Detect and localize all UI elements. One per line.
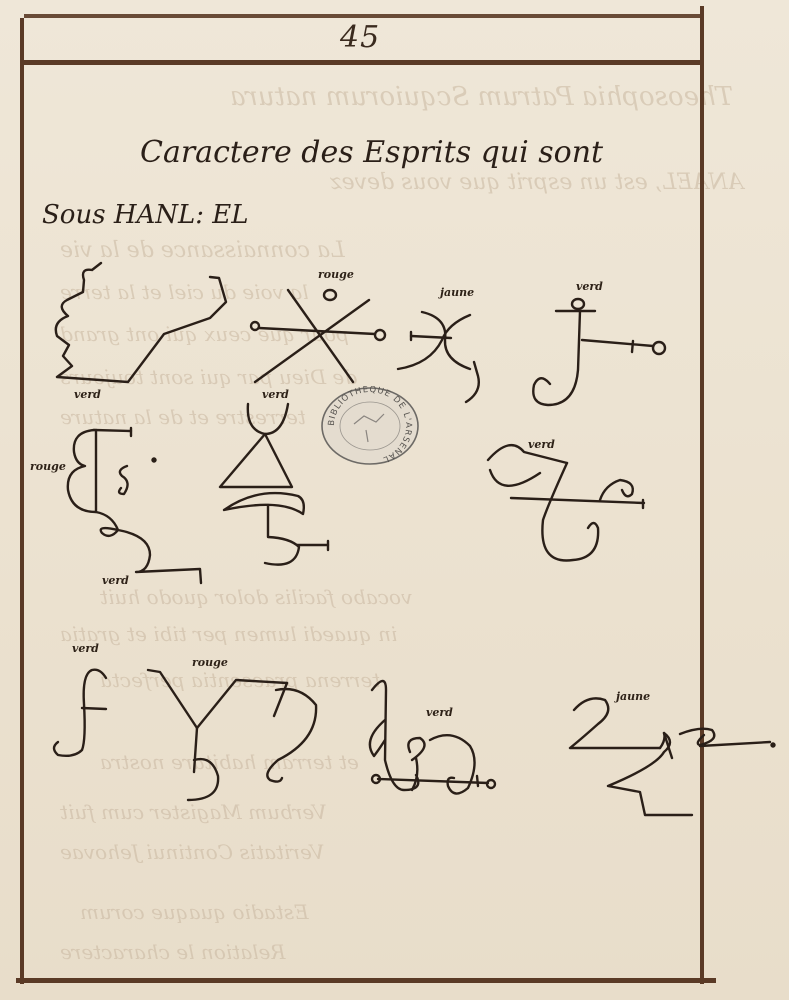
character-sigil-10 xyxy=(370,681,495,794)
character-sigil-7 xyxy=(488,445,644,560)
character-sigil-1 xyxy=(56,263,226,382)
library-stamp: BIBLIOTHEQUE DE L'ARSENAL xyxy=(318,386,422,466)
character-sigil-5 xyxy=(68,428,201,583)
spirit-characters xyxy=(0,0,789,1000)
character-sigil-2 xyxy=(251,290,385,382)
manuscript-page: Theosophia Patrum Scquiorum natura ANAEL… xyxy=(0,0,789,1000)
character-sigil-8 xyxy=(54,670,106,756)
character-sigil-9 xyxy=(148,670,316,800)
character-sigil-6 xyxy=(220,404,328,565)
character-sigil-11 xyxy=(570,698,775,815)
character-sigil-4 xyxy=(533,299,665,405)
